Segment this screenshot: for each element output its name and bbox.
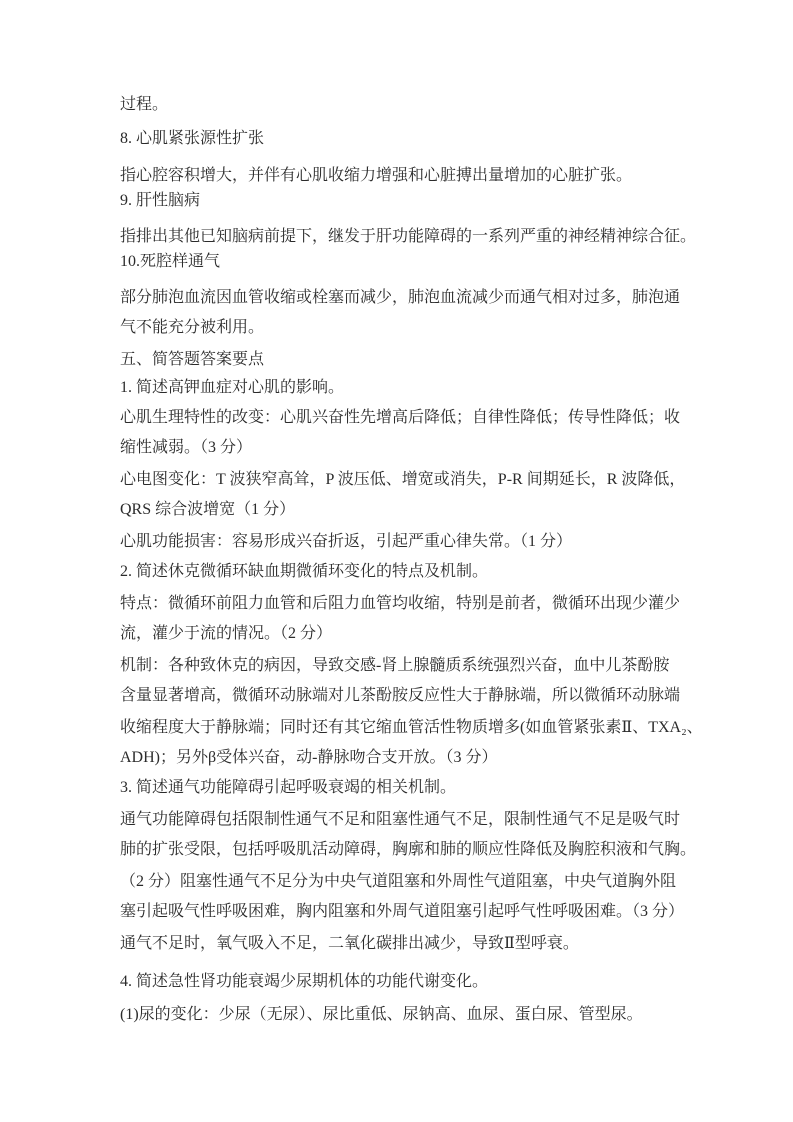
question-1: 1. 简述高钾血症对心肌的影响。: [120, 377, 344, 399]
term-definition-10-line-1: 部分肺泡血流因血管收缩或栓塞而减少，肺泡血流减少而通气相对过多，肺泡通: [120, 287, 680, 309]
term-definition-9: 指排出其他已知脑病前提下，继发于肝功能障碍的一系列严重的神经精神综合征。: [120, 226, 696, 248]
term-item-8: 8. 心肌紧张源性扩张: [120, 128, 264, 150]
answer-3-line-4: 塞引起吸气性呼吸困难，胸内阻塞和外周气道阻塞引起呼气性呼吸困难。（3 分）: [120, 901, 684, 923]
question-4: 4. 简述急性肾功能衰竭少尿期机体的功能代谢变化。: [120, 971, 488, 993]
answer-1-line-4: QRS 综合波增宽（1 分）: [120, 499, 295, 521]
answer-3-line-3: （2 分）阻塞性通气不足分为中央气道阻塞和外周性气道阻塞，中央气道胸外阻: [120, 871, 676, 893]
answer-1-line-2: 缩性减弱。（3 分）: [120, 437, 252, 459]
section-heading-short-answers: 五、简答题答案要点: [120, 349, 264, 371]
answer-2-line-2: 流，灌少于流的情况。（2 分）: [120, 623, 332, 645]
answer-2-line-3: 机制：各种致休克的病因，导致交感-肾上腺髓质系统强烈兴奋，血中儿茶酚胺: [120, 655, 669, 677]
answer-1-line-3: 心电图变化：T 波狭窄高耸，P 波压低、增宽或消失，P-R 间期延长，R 波降低…: [120, 469, 685, 491]
term-item-9: 9. 肝性脑病: [120, 190, 200, 212]
continued-paragraph-line: 过程。: [120, 94, 168, 116]
answer-3-line-5: 通气不足时，氧气吸入不足，二氧化碳排出减少，导致Ⅱ型呼衰。: [120, 933, 579, 955]
answer-1-line-5: 心肌功能损害：容易形成兴奋折返，引起严重心律失常。（1 分）: [120, 531, 572, 553]
question-2: 2. 简述休克微循环缺血期微循环变化的特点及机制。: [120, 561, 488, 583]
answer-2-line-5: 收缩程度大于静脉端；同时还有其它缩血管活性物质增多(如血管紧张素Ⅱ、TXA₂、: [120, 717, 703, 739]
term-item-10: 10.死腔样通气: [120, 251, 220, 273]
document-page: 过程。 8. 心肌紧张源性扩张 指心腔容积增大，并伴有心肌收缩力增强和心脏搏出量…: [0, 0, 793, 1122]
term-definition-10-line-2: 气不能充分被利用。: [120, 317, 264, 339]
question-3: 3. 简述通气功能障碍引起呼吸衰竭的相关机制。: [120, 777, 456, 799]
answer-2-line-6: ADH)；另外β受体兴奋，动-静脉吻合支开放。（3 分）: [120, 747, 497, 769]
answer-1-line-1: 心肌生理特性的改变：心肌兴奋性先增高后降低；自律性降低；传导性降低；收: [120, 407, 680, 429]
answer-2-line-1: 特点：微循环前阻力血管和后阻力血管均收缩，特别是前者，微循环出现少灌少: [120, 593, 680, 615]
answer-3-line-2: 肺的扩张受限，包括呼吸肌活动障碍，胸廓和肺的顺应性降低及胸腔积液和气胸。: [120, 839, 696, 861]
answer-3-line-1: 通气功能障碍包括限制性通气不足和阻塞性通气不足，限制性通气不足是吸气时: [120, 809, 680, 831]
answer-4-line-1: (1)尿的变化：少尿（无尿）、尿比重低、尿钠高、血尿、蛋白尿、管型尿。: [120, 1004, 643, 1026]
answer-2-line-4: 含量显著增高，微循环动脉端对儿茶酚胺反应性大于静脉端，所以微循环动脉端: [120, 685, 680, 707]
term-definition-8: 指心腔容积增大，并伴有心肌收缩力增强和心脏搏出量增加的心脏扩张。: [120, 165, 632, 187]
